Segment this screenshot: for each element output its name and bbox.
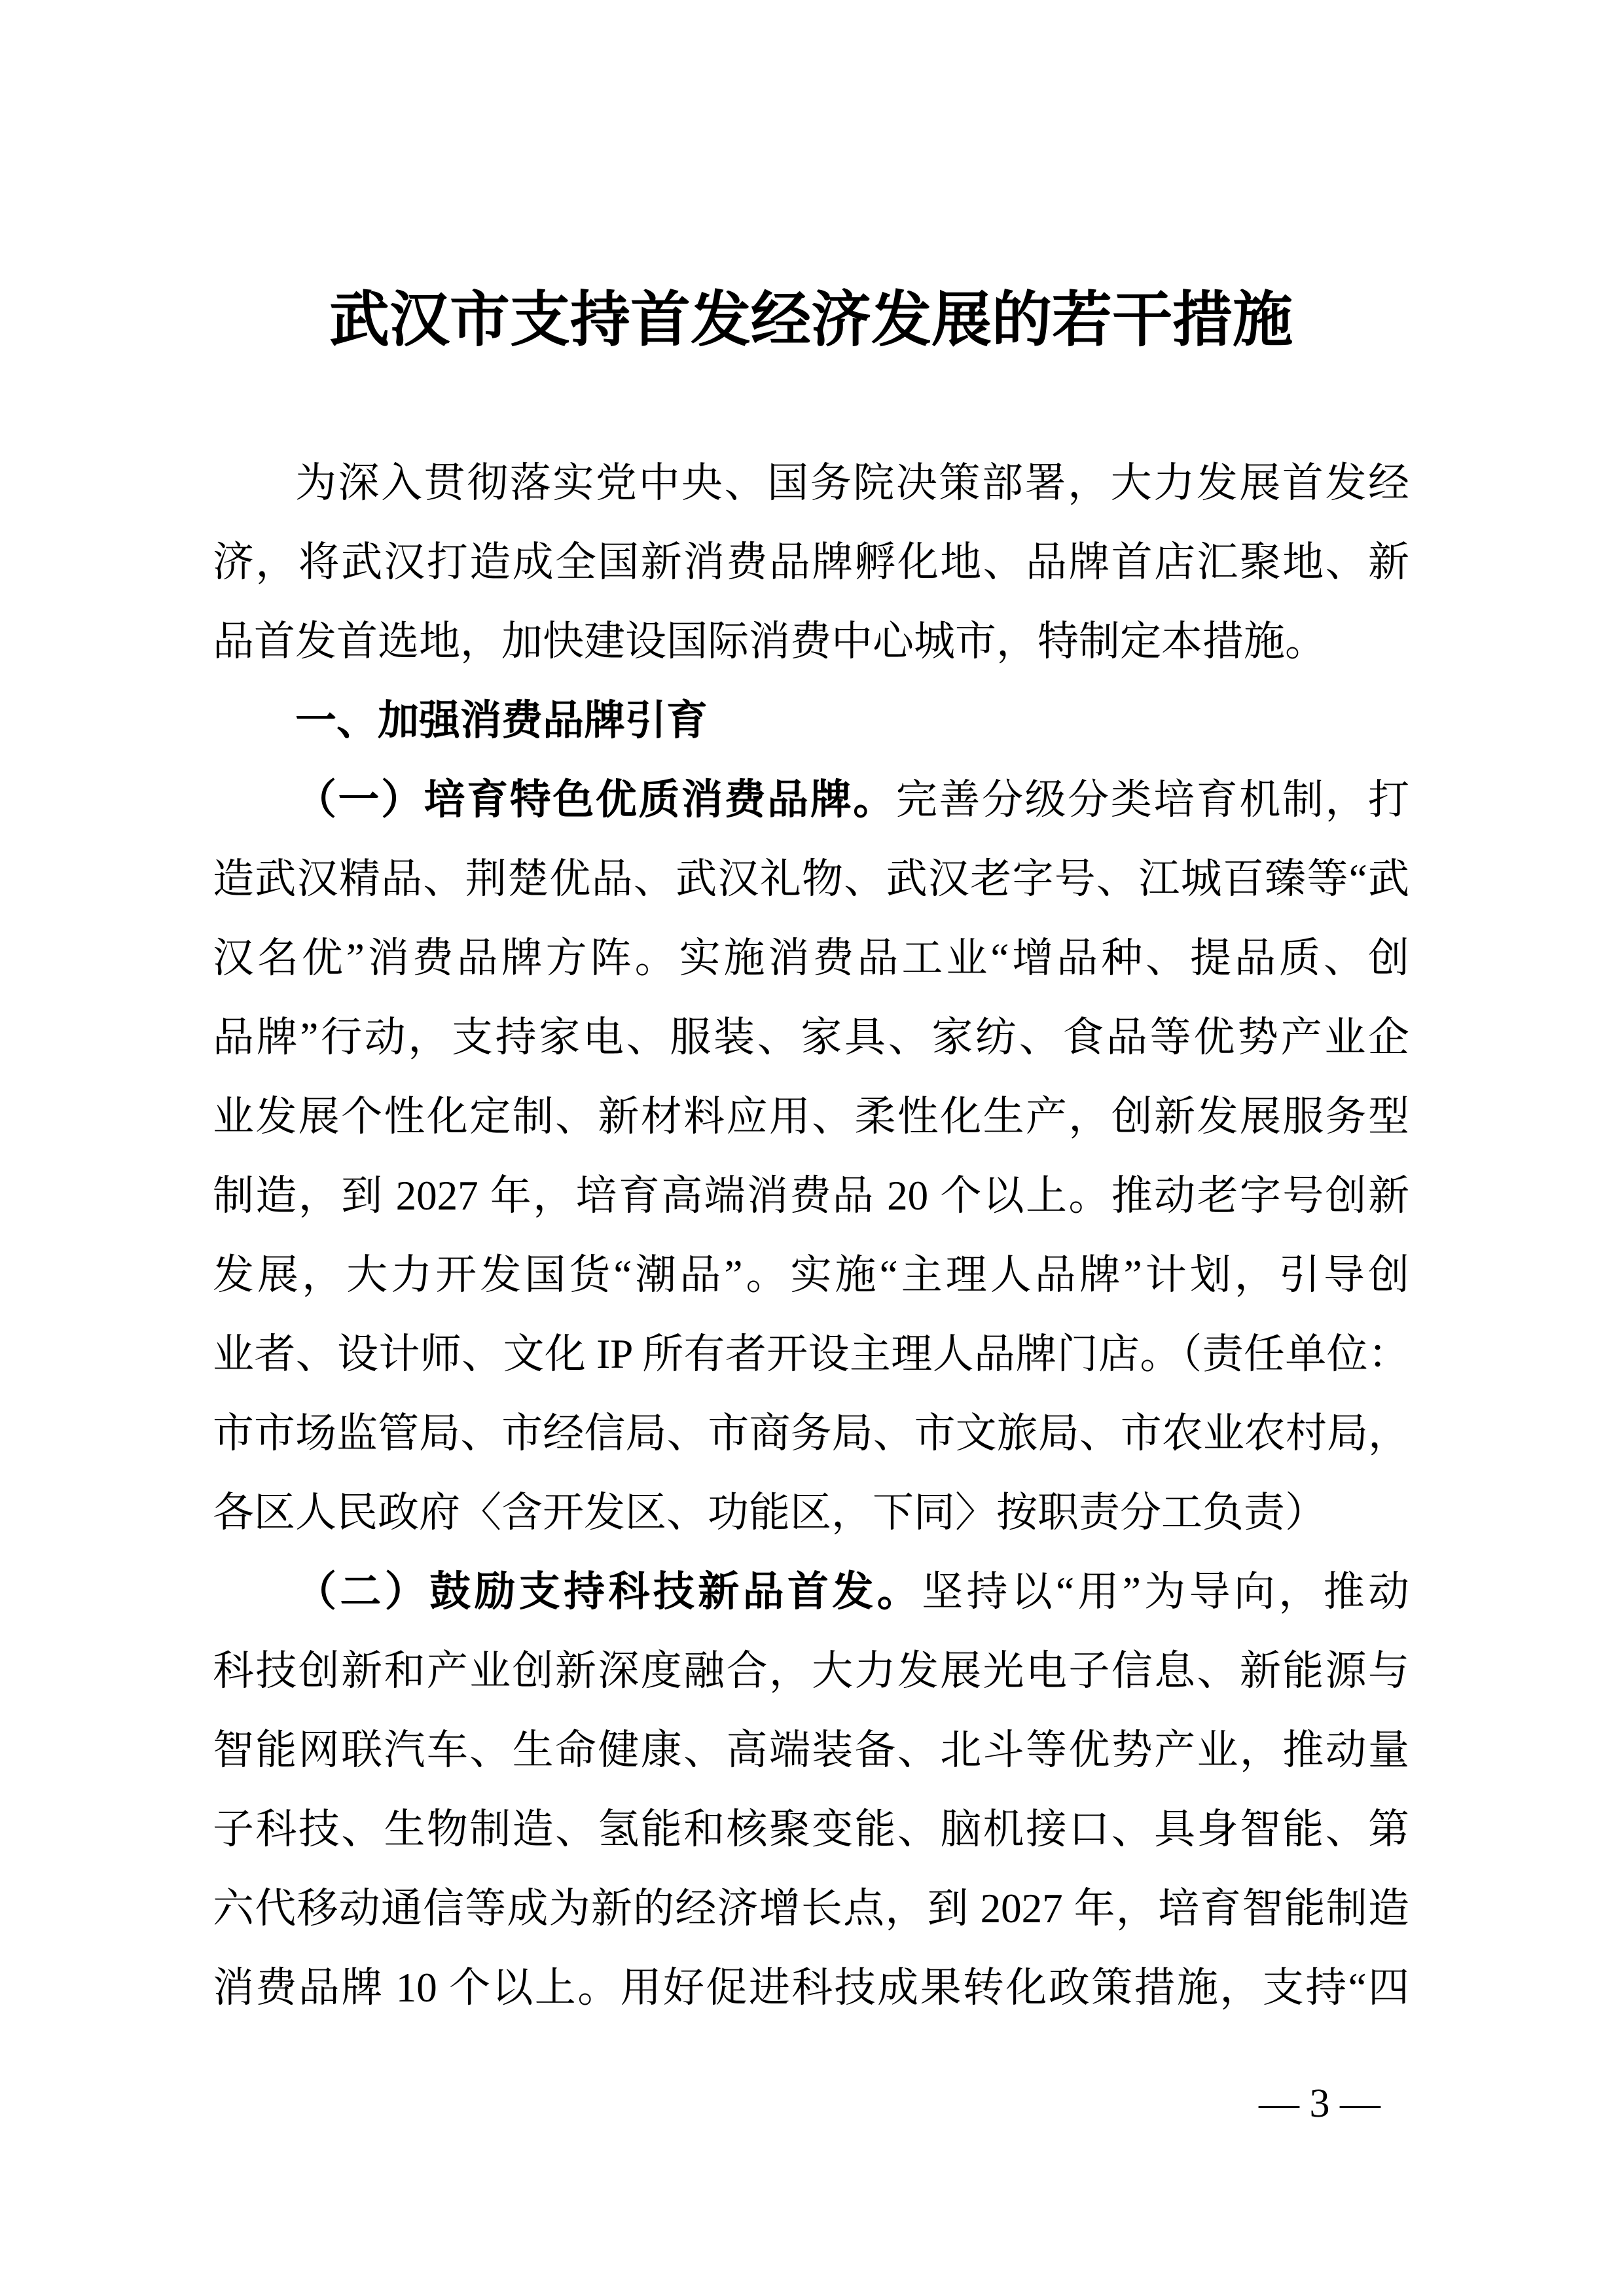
- emphasis-text: （二）鼓励支持科技新品首发。: [295, 1569, 922, 1615]
- text-line: 业发展个性化定制、新材料应用、柔性化生产，创新发展服务型: [213, 1077, 1409, 1157]
- body-text: 发展，大力开发国货“潮品”。实施“主理人品牌”计划，引导创: [213, 1252, 1409, 1298]
- body-text: 坚持以“用”为导向，推动: [922, 1569, 1409, 1615]
- text-line: 汉名优”消费品牌方阵。实施消费品工业“增品种、提品质、创: [213, 919, 1409, 998]
- body-text: 品牌”行动，支持家电、服装、家具、家纺、食品等优势产业企: [213, 1014, 1409, 1060]
- text-line: 子科技、生物制造、氢能和核聚变能、脑机接口、具身智能、第: [213, 1790, 1409, 1869]
- text-line: （二）鼓励支持科技新品首发。坚持以“用”为导向，推动: [213, 1552, 1409, 1632]
- body-text: 消费品牌 10 个以上。用好促进科技成果转化政策措施，支持“四: [213, 1965, 1409, 2011]
- text-line: 六代移动通信等成为新的经济增长点，到 2027 年，培育智能制造: [213, 1869, 1409, 1948]
- body-text: 智能网联汽车、生命健康、高端装备、北斗等优势产业，推动量: [213, 1727, 1409, 1773]
- text-line: 制造，到 2027 年，培育高端消费品 20 个以上。推动老字号创新: [213, 1157, 1409, 1236]
- document-page: 武汉市支持首发经济发展的若干措施 为深入贯彻落实党中央、国务院决策部署，大力发展…: [0, 0, 1624, 2296]
- text-line: 智能网联汽车、生命健康、高端装备、北斗等优势产业，推动量: [213, 1711, 1409, 1790]
- document-body: 为深入贯彻落实党中央、国务院决策部署，大力发展首发经济，将武汉打造成全国新消费品…: [213, 444, 1409, 2028]
- text-line: 品牌”行动，支持家电、服装、家具、家纺、食品等优势产业企: [213, 998, 1409, 1077]
- body-text: 市市场监管局、市经信局、市商务局、市文旅局、市农业农村局，: [213, 1410, 1409, 1456]
- body-text: 科技创新和产业创新深度融合，大力发展光电子信息、新能源与: [213, 1648, 1409, 1694]
- text-line: 为深入贯彻落实党中央、国务院决策部署，大力发展首发经: [213, 444, 1409, 523]
- text-line: 业者、设计师、文化 IP 所有者开设主理人品牌门店。（责任单位：: [213, 1315, 1409, 1394]
- body-text: 各区人民政府〈含开发区、功能区，下同〉按职责分工负责）: [213, 1490, 1326, 1535]
- text-line: 发展，大力开发国货“潮品”。实施“主理人品牌”计划，引导创: [213, 1236, 1409, 1315]
- text-line: 消费品牌 10 个以上。用好促进科技成果转化政策措施，支持“四: [213, 1948, 1409, 2028]
- body-text: 六代移动通信等成为新的经济增长点，到 2027 年，培育智能制造: [213, 1886, 1409, 1931]
- emphasis-text: （一）培育特色优质消费品牌。: [295, 777, 896, 823]
- text-line: 市市场监管局、市经信局、市商务局、市文旅局、市农业农村局，: [213, 1394, 1409, 1473]
- text-line: 济，将武汉打造成全国新消费品牌孵化地、品牌首店汇聚地、新: [213, 523, 1409, 602]
- section-heading: 一、加强消费品牌引育: [213, 681, 1409, 761]
- text-line: 各区人民政府〈含开发区、功能区，下同〉按职责分工负责）: [213, 1473, 1409, 1552]
- page-number: — 3 —: [1259, 2079, 1380, 2128]
- text-line: 科技创新和产业创新深度融合，大力发展光电子信息、新能源与: [213, 1632, 1409, 1711]
- body-text: 业发展个性化定制、新材料应用、柔性化生产，创新发展服务型: [213, 1094, 1409, 1139]
- text-line: 品首发首选地，加快建设国际消费中心城市，特制定本措施。: [213, 602, 1409, 681]
- body-text: 为深入贯彻落实党中央、国务院决策部署，大力发展首发经: [295, 460, 1409, 506]
- body-text: 汉名优”消费品牌方阵。实施消费品工业“增品种、提品质、创: [213, 935, 1409, 981]
- body-text: 制造，到 2027 年，培育高端消费品 20 个以上。推动老字号创新: [213, 1173, 1409, 1219]
- body-text: 济，将武汉打造成全国新消费品牌孵化地、品牌首店汇聚地、新: [213, 539, 1409, 585]
- emphasis-text: 一、加强消费品牌引育: [295, 698, 708, 744]
- body-text: 完善分级分类培育机制，打: [896, 777, 1409, 823]
- document-title: 武汉市支持首发经济发展的若干措施: [213, 281, 1409, 359]
- body-text: 品首发首选地，加快建设国际消费中心城市，特制定本措施。: [213, 619, 1326, 664]
- body-text: 业者、设计师、文化 IP 所有者开设主理人品牌门店。（责任单位：: [213, 1331, 1409, 1377]
- text-line: 造武汉精品、荆楚优品、武汉礼物、武汉老字号、江城百臻等“武: [213, 840, 1409, 919]
- body-text: 造武汉精品、荆楚优品、武汉礼物、武汉老字号、江城百臻等“武: [213, 856, 1409, 902]
- text-line: （一）培育特色优质消费品牌。完善分级分类培育机制，打: [213, 761, 1409, 840]
- body-text: 子科技、生物制造、氢能和核聚变能、脑机接口、具身智能、第: [213, 1806, 1409, 1852]
